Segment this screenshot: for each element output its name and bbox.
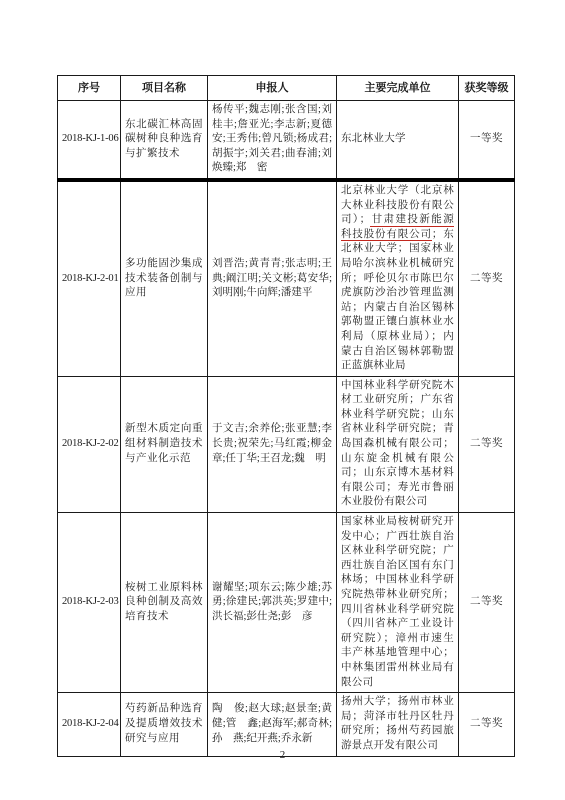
cell-project-name: 桉树工业原料林良种创制及高效培育技术 (121, 513, 208, 693)
cell-applicants: 刘晋浩;黄青青;张志明;王 典;阚江明;关文彬;葛安华;刘明刚;牛向辉;潘建平 (208, 180, 337, 376)
cell-main-units: 扬州大学；扬州市林业局；菏泽市牡丹区牡丹研究所；扬州芍药园旅游景点开发有限公司 (337, 693, 459, 756)
column-header-award: 获奖等级 (459, 76, 515, 101)
column-header-project: 项目名称 (121, 76, 208, 101)
table-row: 2018-KJ-2-04 芍药新品种选育及提质增效技术研究与应用 陶 俊;赵大球… (58, 693, 515, 756)
page-number: 2 (0, 749, 565, 761)
cell-main-units: 北京林业大学（北京林大林业科技股份有限公司）；甘肃建投新能源科技股份有限公司；东… (337, 180, 459, 376)
cell-main-units: 东北林业大学 (337, 101, 459, 180)
cell-project-name: 芍药新品种选育及提质增效技术研究与应用 (121, 693, 208, 756)
cell-project-name: 多功能固沙集成技术装备创制与应用 (121, 180, 208, 376)
table-row: 2018-KJ-1-06 东北碳汇林高固碳树种良种选育与扩繁技术 杨传平;魏志刚… (58, 101, 515, 180)
column-header-units: 主要完成单位 (337, 76, 459, 101)
cell-applicants: 陶 俊;赵大球;赵景奎;黄 健;管 鑫;赵海军;郝奇林;孙 燕;纪开燕;乔永新 (208, 693, 337, 756)
cell-serial-number: 2018-KJ-1-06 (58, 101, 121, 180)
cell-applicants: 杨传平;魏志刚;张含国;刘桂丰;詹亚光;李志新;夏德安;王秀伟;曾凡锁;杨成君;… (208, 101, 337, 180)
cell-award-level: 一等奖 (459, 101, 515, 180)
table-row: 2018-KJ-2-03 桉树工业原料林良种创制及高效培育技术 谢耀坚;项东云;… (58, 513, 515, 693)
table-header-row: 序号 项目名称 申报人 主要完成单位 获奖等级 (58, 76, 515, 101)
table-row: 2018-KJ-2-02 新型木质定向重组材料制造技术与产业化示范 于文吉;余养… (58, 376, 515, 512)
column-header-applicants: 申报人 (208, 76, 337, 101)
cell-serial-number: 2018-KJ-2-02 (58, 376, 121, 512)
cell-award-level: 二等奖 (459, 376, 515, 512)
cell-serial-number: 2018-KJ-2-04 (58, 693, 121, 756)
cell-award-level: 二等奖 (459, 180, 515, 376)
cell-award-level: 二等奖 (459, 693, 515, 756)
cell-main-units: 国家林业局桉树研究开发中心；广西壮族自治区林业科学研究院；广西壮族自治区国有东门… (337, 513, 459, 693)
cell-main-units: 中国林业科学研究院木材工业研究所；广东省林业科学研究院；山东省林业科学研究院；青… (337, 376, 459, 512)
table-row: 2018-KJ-2-01 多功能固沙集成技术装备创制与应用 刘晋浩;黄青青;张志… (58, 180, 515, 376)
document-page: 序号 项目名称 申报人 主要完成单位 获奖等级 2018-KJ-1-06 东北碳… (0, 0, 565, 800)
cell-serial-number: 2018-KJ-2-03 (58, 513, 121, 693)
cell-serial-number: 2018-KJ-2-01 (58, 180, 121, 376)
cell-applicants: 谢耀坚;项东云;陈少雄;苏 勇;徐建民;郭洪英;罗建中;洪长福;彭仕尧;彭 彦 (208, 513, 337, 693)
cell-project-name: 新型木质定向重组材料制造技术与产业化示范 (121, 376, 208, 512)
column-header-index: 序号 (58, 76, 121, 101)
units-text: ；东北林业大学；国家林业局哈尔滨林业机械研究所；呼伦贝尔市陈巴尔虎旗防沙治沙管理… (341, 229, 454, 371)
awards-table: 序号 项目名称 申报人 主要完成单位 获奖等级 2018-KJ-1-06 东北碳… (57, 75, 515, 757)
cell-applicants: 于文吉;余养伦;张亚慧;李长贵;祝荣先;马红霞;柳金章;任丁华;王召龙;魏 明 (208, 376, 337, 512)
cell-project-name: 东北碳汇林高固碳树种良种选育与扩繁技术 (121, 101, 208, 180)
cell-award-level: 二等奖 (459, 513, 515, 693)
